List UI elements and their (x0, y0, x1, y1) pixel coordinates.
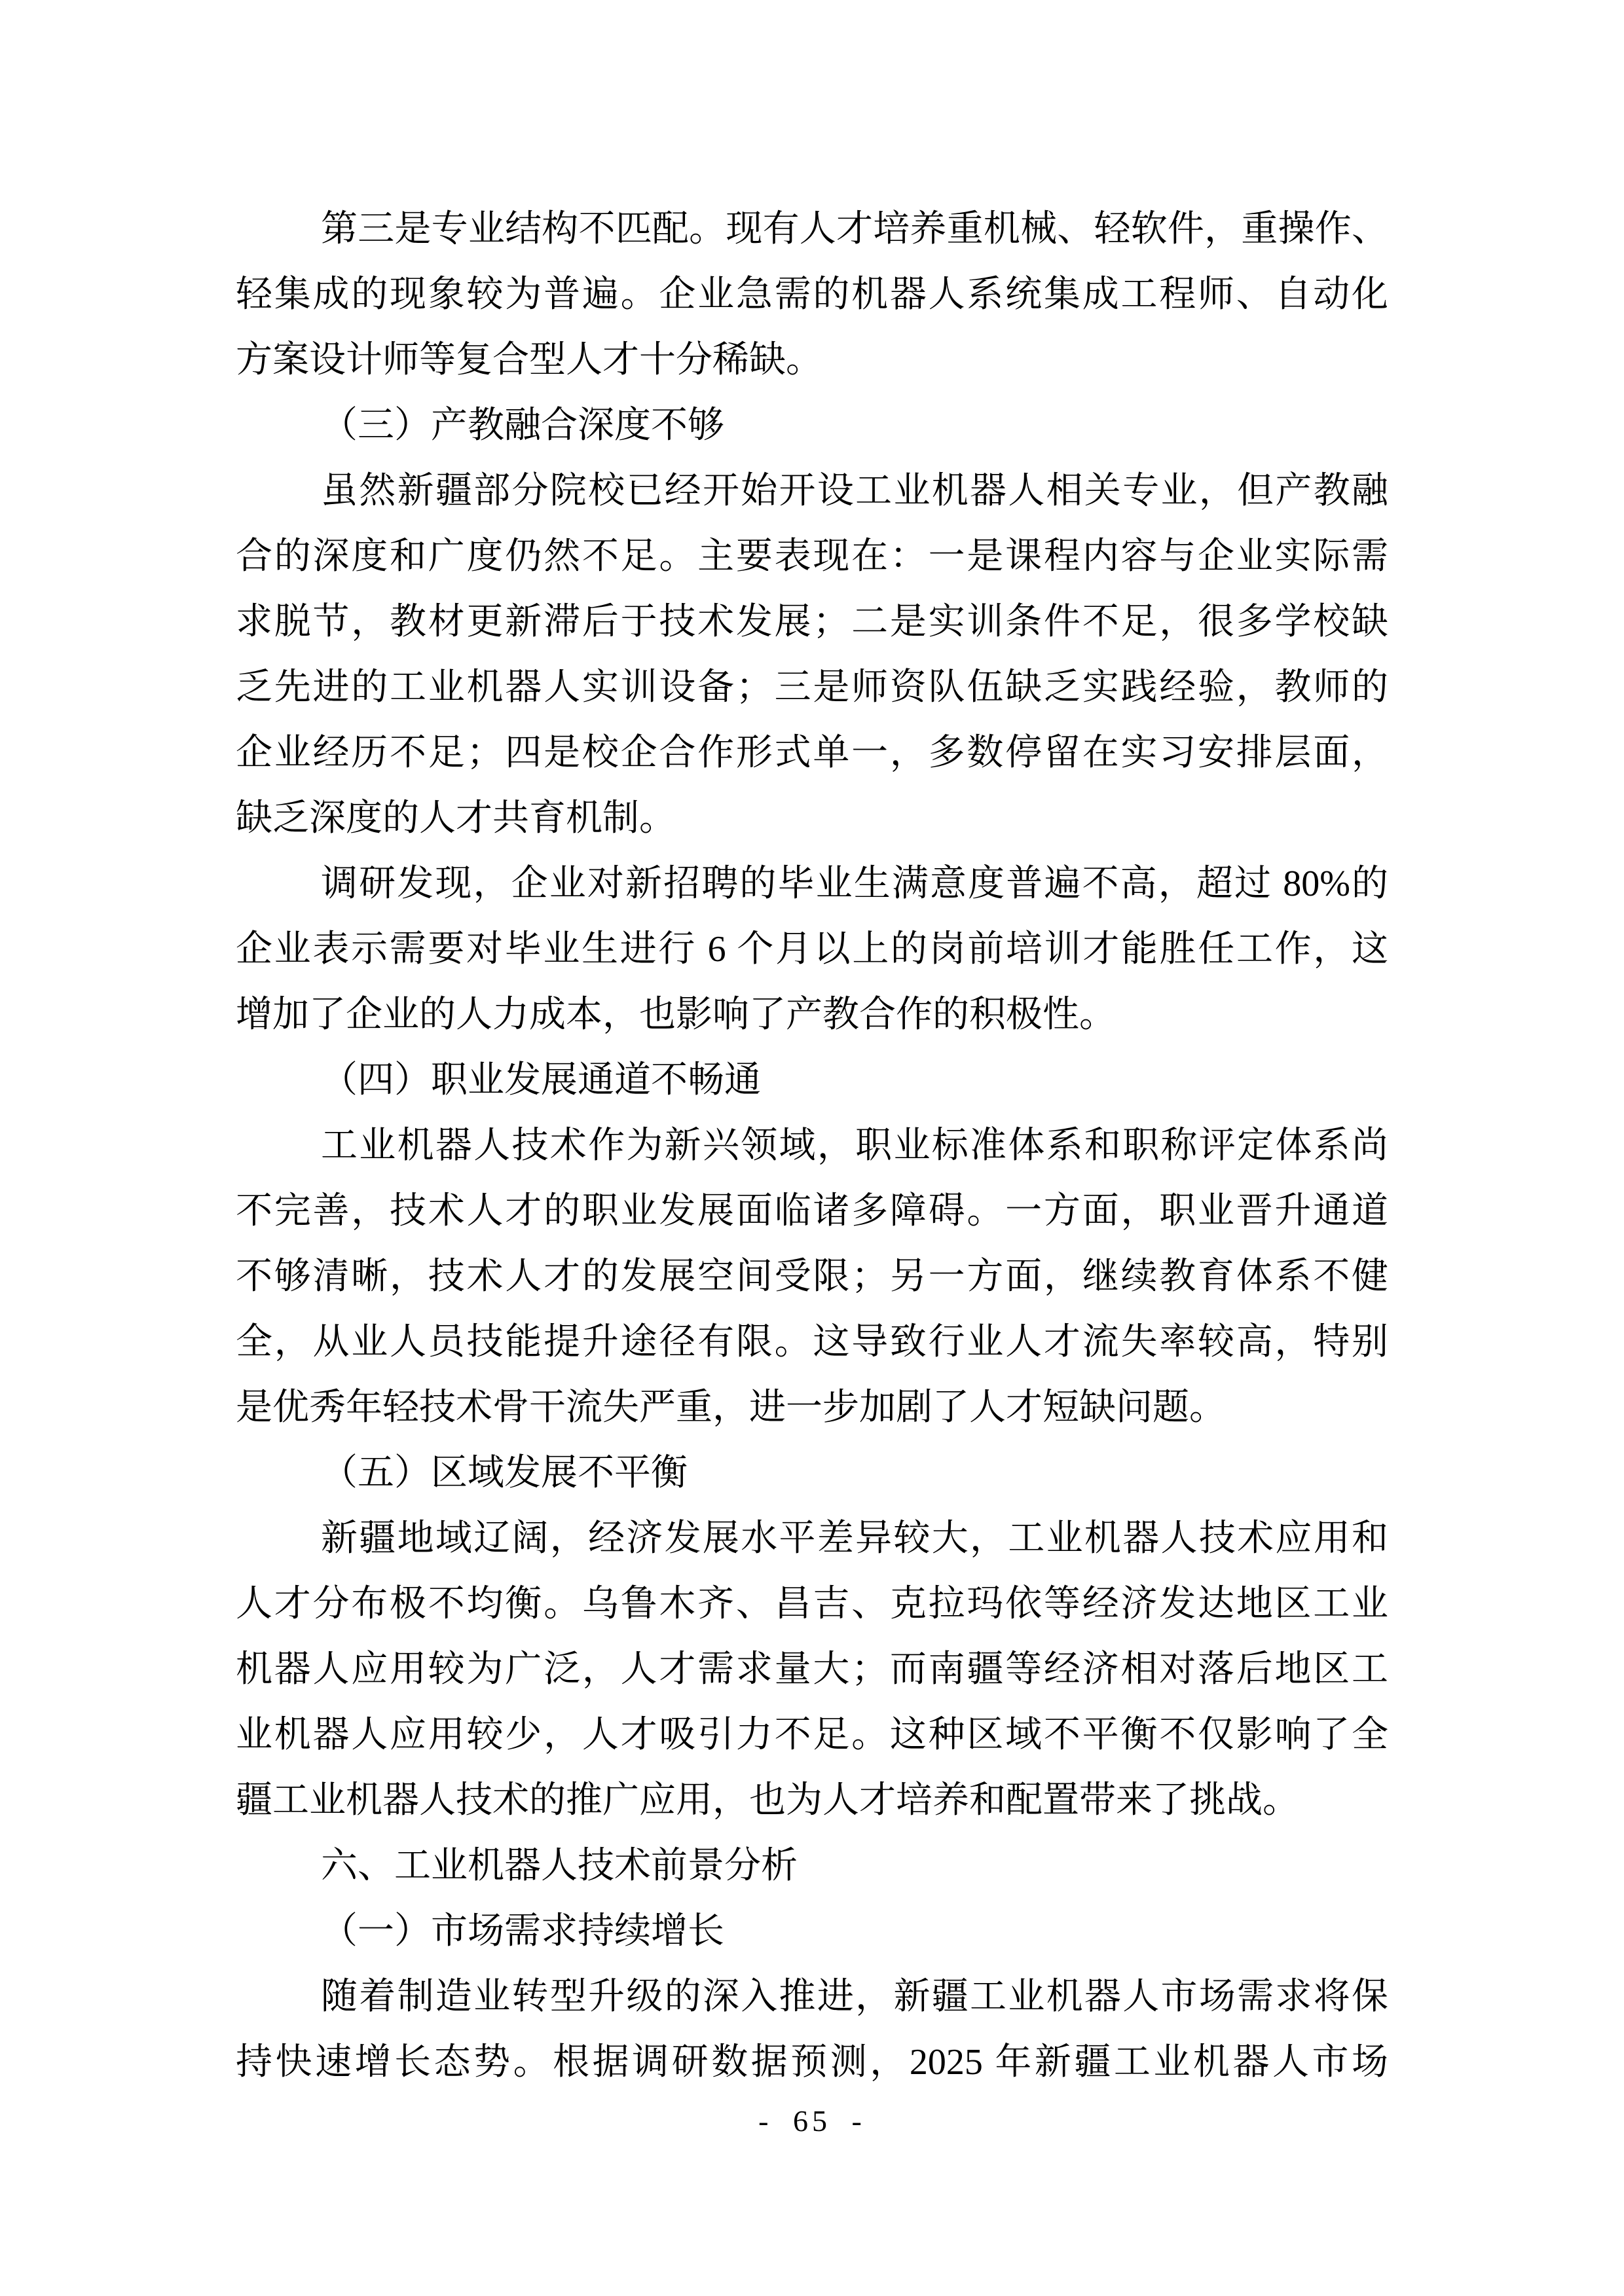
body-line: 业机器人应用较少，人才吸引力不足。这种区域不平衡不仅影响了全 (236, 1702, 1388, 1768)
body-line: 调研发现，企业对新招聘的毕业生满意度普遍不高，超过 80%的 (236, 851, 1388, 917)
body-line: 是优秀年轻技术骨干流失严重，进一步加剧了人才短缺问题。 (236, 1375, 1388, 1440)
body-line: 虽然新疆部分院校已经开始开设工业机器人相关专业，但产教融 (236, 458, 1388, 524)
heading-line: （三）产教融合深度不够 (236, 393, 1388, 458)
page-number: - 65 - (0, 2095, 1624, 2147)
body-line: 乏先进的工业机器人实训设备；三是师资队伍缺乏实践经验，教师的 (236, 655, 1388, 720)
body-line: 新疆地域辽阔，经济发展水平差异较大，工业机器人技术应用和 (236, 1506, 1388, 1571)
document-body: 第三是专业结构不匹配。现有人才培养重机械、轻软件，重操作、轻集成的现象较为普遍。… (236, 196, 1388, 2095)
body-line: 全，从业人员技能提升途径有限。这导致行业人才流失率较高，特别 (236, 1309, 1388, 1375)
body-line: 第三是专业结构不匹配。现有人才培养重机械、轻软件，重操作、 (236, 196, 1388, 262)
body-line: 求脱节，教材更新滞后于技术发展；二是实训条件不足，很多学校缺 (236, 589, 1388, 655)
body-line: 随着制造业转型升级的深入推进，新疆工业机器人市场需求将保 (236, 1964, 1388, 2030)
body-line: 企业表示需要对毕业生进行 6 个月以上的岗前培训才能胜任工作，这 (236, 917, 1388, 982)
body-line: 缺乏深度的人才共育机制。 (236, 786, 1388, 851)
heading-line: 六、工业机器人技术前景分析 (236, 1833, 1388, 1899)
body-line: 人才分布极不均衡。乌鲁木齐、昌吉、克拉玛依等经济发达地区工业 (236, 1571, 1388, 1637)
body-line: 企业经历不足；四是校企合作形式单一，多数停留在实习安排层面， (236, 720, 1388, 786)
heading-line: （五）区域发展不平衡 (236, 1440, 1388, 1506)
body-line: 机器人应用较为广泛，人才需求量大；而南疆等经济相对落后地区工 (236, 1637, 1388, 1702)
heading-line: （四）职业发展通道不畅通 (236, 1048, 1388, 1113)
body-line: 工业机器人技术作为新兴领域，职业标准体系和职称评定体系尚 (236, 1113, 1388, 1178)
body-line: 合的深度和广度仍然不足。主要表现在：一是课程内容与企业实际需 (236, 524, 1388, 589)
body-line: 不完善，技术人才的职业发展面临诸多障碍。一方面，职业晋升通道 (236, 1178, 1388, 1244)
body-line: 持快速增长态势。根据调研数据预测，2025 年新疆工业机器人市场 (236, 2030, 1388, 2095)
body-line: 增加了企业的人力成本，也影响了产教合作的积极性。 (236, 982, 1388, 1048)
heading-line: （一）市场需求持续增长 (236, 1899, 1388, 1964)
body-line: 轻集成的现象较为普遍。企业急需的机器人系统集成工程师、自动化 (236, 262, 1388, 327)
body-line: 方案设计师等复合型人才十分稀缺。 (236, 327, 1388, 393)
body-line: 疆工业机器人技术的推广应用，也为人才培养和配置带来了挑战。 (236, 1768, 1388, 1833)
document-page: 第三是专业结构不匹配。现有人才培养重机械、轻软件，重操作、轻集成的现象较为普遍。… (0, 0, 1624, 2296)
body-line: 不够清晰，技术人才的发展空间受限；另一方面，继续教育体系不健 (236, 1244, 1388, 1309)
